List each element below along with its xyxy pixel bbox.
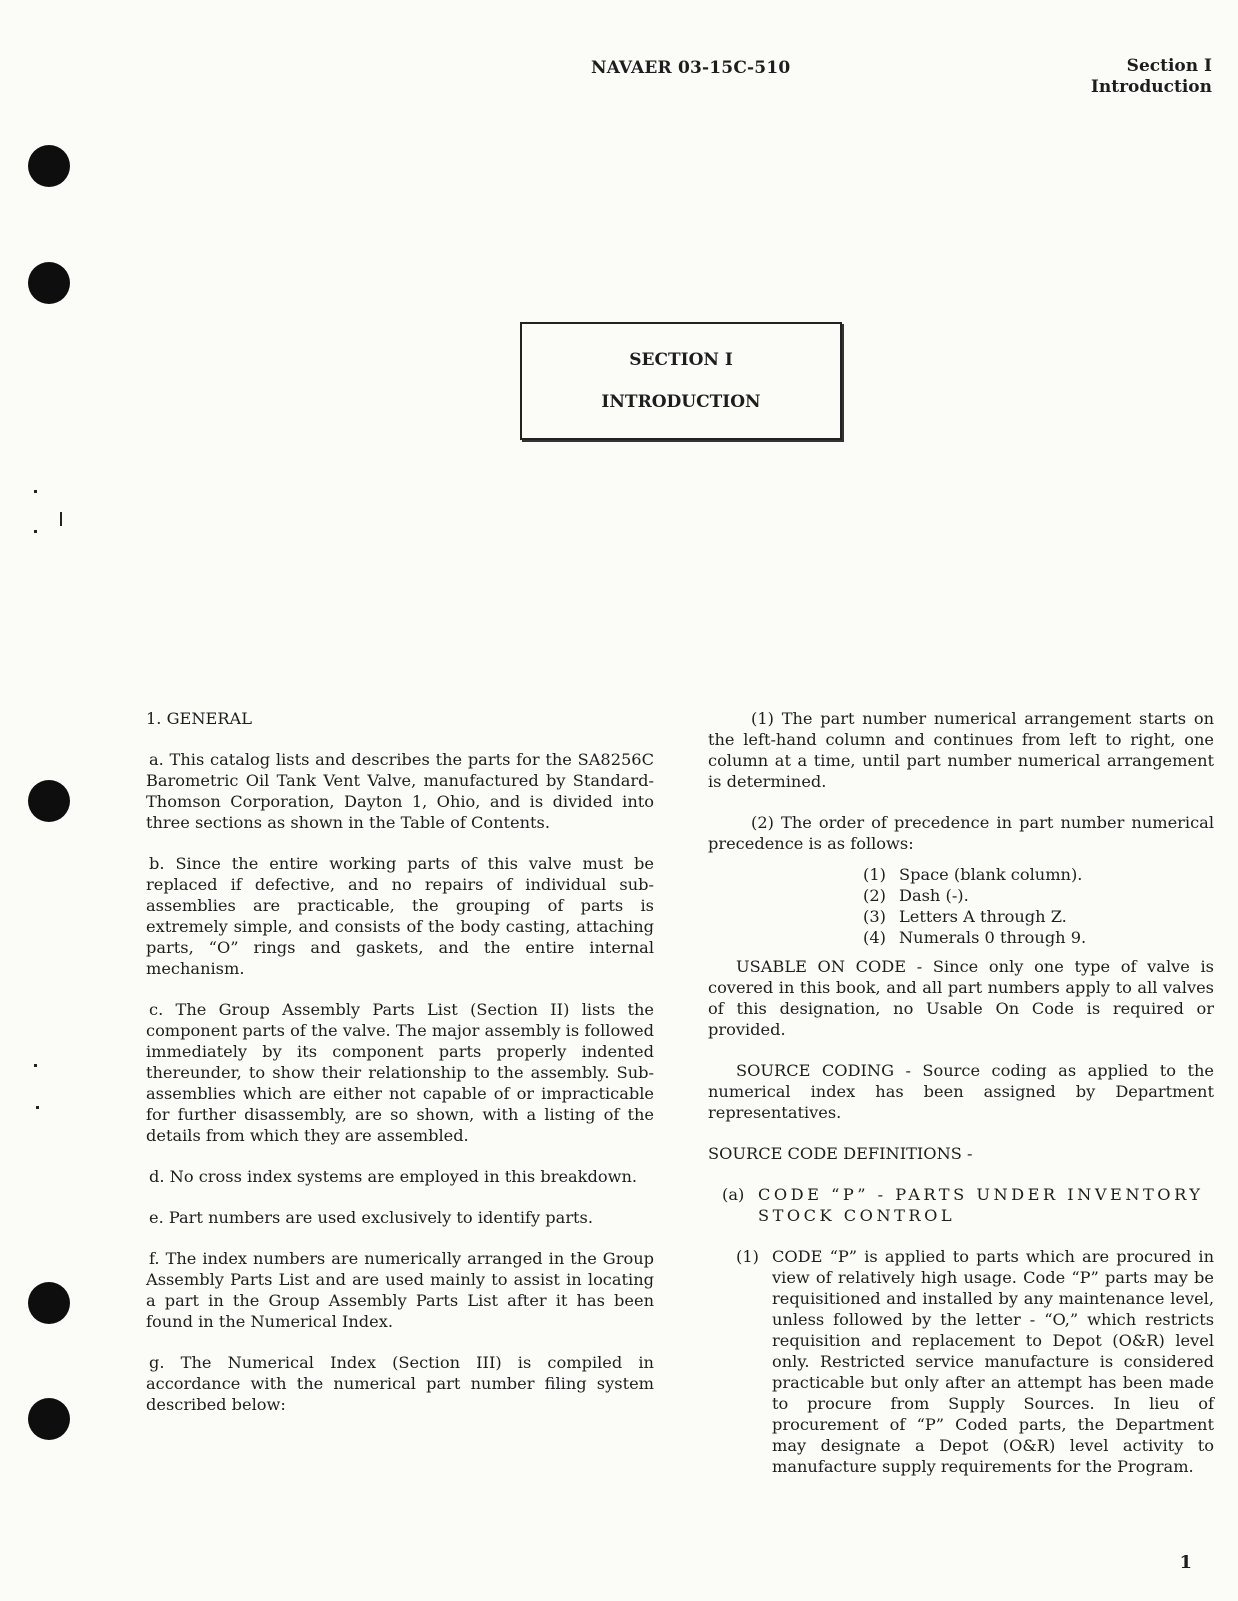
code-p-heading: (a) CODE “P” - PARTS UNDER INVENTORY STO…	[722, 1184, 1214, 1226]
punch-hole	[28, 1282, 70, 1324]
punch-hole	[28, 780, 70, 822]
source-coding-paragraph: SOURCE CODING - Source coding as applied…	[708, 1060, 1214, 1123]
title-line-1: SECTION I	[522, 350, 840, 370]
section-title-box: SECTION I INTRODUCTION	[520, 322, 842, 440]
section-title: Introduction	[1091, 77, 1212, 98]
paragraph-e: e. Part numbers are used exclusively to …	[146, 1207, 654, 1228]
punch-hole	[28, 262, 70, 304]
precedence-item: (1)Space (blank column).	[863, 864, 1214, 885]
scan-speck	[34, 1064, 37, 1067]
paragraph-b: b. Since the entire working parts of thi…	[146, 853, 654, 979]
precedence-item: (3)Letters A through Z.	[863, 906, 1214, 927]
page-number: 1	[1179, 1552, 1192, 1573]
arrangement-paragraph: (1) The part number numerical arrangemen…	[708, 708, 1214, 792]
scan-speck	[34, 490, 37, 493]
right-column: (1) The part number numerical arrangemen…	[708, 708, 1214, 1497]
scan-speck	[60, 512, 62, 526]
precedence-paragraph: (2) The order of precedence in part numb…	[708, 812, 1214, 854]
code-p-item-1: (1) CODE “P” is applied to parts which a…	[736, 1246, 1214, 1477]
paragraph-d: d. No cross index systems are employed i…	[146, 1166, 654, 1187]
punch-hole	[28, 145, 70, 187]
precedence-item: (2)Dash (-).	[863, 885, 1214, 906]
left-column: 1. GENERAL a. This catalog lists and des…	[146, 708, 654, 1435]
section-label: Section I	[1091, 56, 1212, 77]
title-line-2: INTRODUCTION	[522, 392, 840, 412]
precedence-item: (4)Numerals 0 through 9.	[863, 927, 1214, 948]
scan-speck	[34, 530, 37, 533]
document-number: NAVAER 03-15C-510	[591, 58, 790, 78]
usable-on-code-paragraph: USABLE ON CODE - Since only one type of …	[708, 956, 1214, 1040]
paragraph-f: f. The index numbers are numerically arr…	[146, 1248, 654, 1332]
running-header: Section I Introduction	[1091, 56, 1212, 98]
paragraph-g: g. The Numerical Index (Section III) is …	[146, 1352, 654, 1415]
scan-speck	[36, 1106, 39, 1109]
paragraph-c: c. The Group Assembly Parts List (Sectio…	[146, 999, 654, 1146]
source-code-definitions-heading: SOURCE CODE DEFINITIONS -	[708, 1143, 1214, 1164]
paragraph-a: a. This catalog lists and describes the …	[146, 749, 654, 833]
precedence-list: (1)Space (blank column). (2)Dash (-). (3…	[863, 864, 1214, 948]
general-heading: 1. GENERAL	[146, 708, 654, 729]
punch-hole	[28, 1398, 70, 1440]
